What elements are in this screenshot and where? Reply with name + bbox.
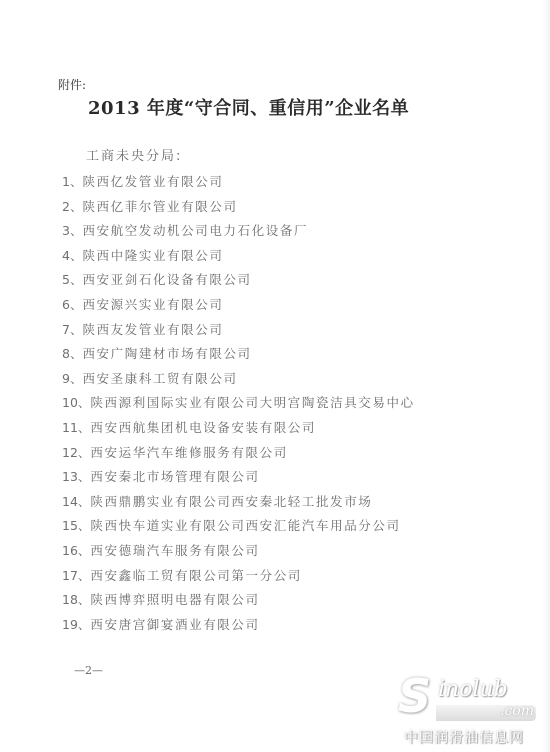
- list-item: 12、西安运华汽车维修服务有限公司: [62, 441, 415, 466]
- list-item: 5、西安亚剑石化设备有限公司: [62, 268, 415, 293]
- document-title: 2013 年度“守合同、重信用”企业名单: [88, 94, 409, 120]
- list-item: 11、西安西航集团机电设备安装有限公司: [62, 416, 415, 441]
- list-item: 10、陕西源利国际实业有限公司大明宫陶瓷洁具交易中心: [62, 391, 415, 416]
- watermark-site-name: 中国润滑油信息网: [404, 727, 524, 747]
- company-name: 西安运华汽车维修服务有限公司: [90, 445, 287, 460]
- item-number: 3、: [62, 223, 82, 238]
- watermark-logo-letter: S: [398, 673, 431, 719]
- list-item: 8、西安广陶建材市场有限公司: [62, 342, 415, 367]
- item-number: 6、: [62, 297, 82, 312]
- item-number: 4、: [62, 248, 82, 263]
- watermark-logo: S inolub .com 中国润滑油信息网: [398, 673, 548, 751]
- list-item: 1、陕西亿发管业有限公司: [62, 170, 415, 195]
- company-name: 西安德瑞汽车服务有限公司: [90, 543, 259, 558]
- page-number: —2—: [74, 664, 103, 677]
- company-name: 陕西中隆实业有限公司: [82, 248, 223, 263]
- company-name: 西安源兴实业有限公司: [82, 297, 223, 312]
- item-number: 1、: [62, 174, 82, 189]
- item-number: 9、: [62, 371, 82, 386]
- item-number: 8、: [62, 346, 82, 361]
- section-heading: 工商未央分局:: [86, 145, 182, 164]
- list-item: 17、西安鑫临工贸有限公司第一分公司: [62, 564, 415, 589]
- item-number: 2、: [62, 199, 82, 214]
- item-number: 19、: [62, 617, 90, 632]
- item-number: 17、: [62, 568, 90, 583]
- company-name: 西安鑫临工贸有限公司第一分公司: [90, 568, 302, 583]
- company-name: 西安亚剑石化设备有限公司: [82, 272, 251, 287]
- list-item: 4、陕西中隆实业有限公司: [62, 244, 415, 269]
- item-number: 14、: [62, 494, 90, 509]
- list-item: 7、陕西友发管业有限公司: [62, 318, 415, 343]
- company-name: 陕西博弈照明电器有限公司: [90, 592, 259, 607]
- company-name: 西安西航集团机电设备安装有限公司: [90, 420, 316, 435]
- company-name: 陕西友发管业有限公司: [82, 322, 223, 337]
- company-name: 西安唐宫御宴酒业有限公司: [90, 617, 259, 632]
- list-item: 15、陕西快车道实业有限公司西安汇能汽车用品分公司: [62, 514, 415, 539]
- company-name: 陕西快车道实业有限公司西安汇能汽车用品分公司: [90, 518, 400, 533]
- item-number: 16、: [62, 543, 90, 558]
- company-name: 西安广陶建材市场有限公司: [82, 346, 251, 361]
- watermark-logo-domain: .com: [500, 703, 534, 719]
- company-name: 陕西亿菲尔管业有限公司: [82, 199, 237, 214]
- list-item: 2、陕西亿菲尔管业有限公司: [62, 195, 415, 220]
- company-name: 陕西鼎鹏实业有限公司西安秦北轻工批发市场: [90, 494, 372, 509]
- item-number: 10、: [62, 395, 90, 410]
- item-number: 11、: [62, 420, 90, 435]
- company-name: 西安圣康科工贸有限公司: [82, 371, 237, 386]
- item-number: 5、: [62, 272, 82, 287]
- list-item: 19、西安唐宫御宴酒业有限公司: [62, 613, 415, 638]
- list-item: 13、西安秦北市场管理有限公司: [62, 465, 415, 490]
- item-number: 12、: [62, 445, 90, 460]
- list-item: 3、西安航空发动机公司电力石化设备厂: [62, 219, 415, 244]
- attachment-label: 附件:: [58, 76, 86, 93]
- company-name: 陕西源利国际实业有限公司大明宫陶瓷洁具交易中心: [90, 395, 414, 410]
- company-list: 1、陕西亿发管业有限公司 2、陕西亿菲尔管业有限公司 3、西安航空发动机公司电力…: [62, 170, 415, 637]
- page-edge: [542, 0, 550, 752]
- company-name: 西安航空发动机公司电力石化设备厂: [82, 223, 308, 238]
- item-number: 13、: [62, 469, 90, 484]
- company-name: 陕西亿发管业有限公司: [82, 174, 223, 189]
- watermark-logo-word: inolub: [438, 677, 508, 702]
- company-name: 西安秦北市场管理有限公司: [90, 469, 259, 484]
- list-item: 6、西安源兴实业有限公司: [62, 293, 415, 318]
- list-item: 16、西安德瑞汽车服务有限公司: [62, 539, 415, 564]
- item-number: 15、: [62, 518, 90, 533]
- list-item: 9、西安圣康科工贸有限公司: [62, 367, 415, 392]
- list-item: 18、陕西博弈照明电器有限公司: [62, 588, 415, 613]
- item-number: 7、: [62, 322, 82, 337]
- list-item: 14、陕西鼎鹏实业有限公司西安秦北轻工批发市场: [62, 490, 415, 515]
- item-number: 18、: [62, 592, 90, 607]
